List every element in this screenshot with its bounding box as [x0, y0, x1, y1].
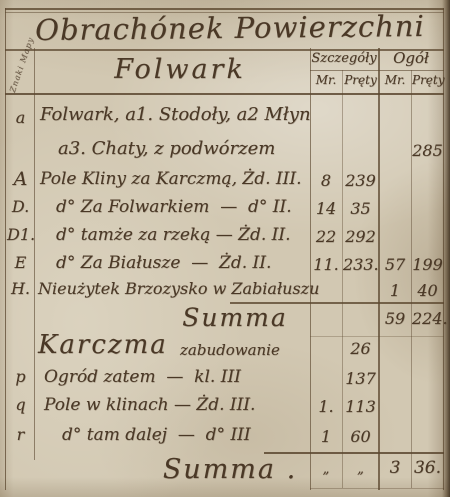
cell-ogol-morgi: 57 [379, 256, 411, 274]
summa-label: Summa . [140, 455, 320, 485]
row-description: d° Za Folwarkiem — d° II. [56, 198, 292, 217]
rule-header-mid [310, 70, 444, 71]
row-letter: r [7, 426, 34, 444]
document-page: Obrachónek Powierzchni Znaki Mapy Folwar… [0, 0, 450, 497]
row-letter: D1. [7, 226, 34, 244]
column-header-ogol: Ogół [379, 50, 443, 67]
cell-szczegoly-prety: 233. [343, 256, 378, 274]
cell-szczegoly-prety: 137 [343, 370, 378, 388]
cell-ogol-morgi: 1 [379, 282, 411, 300]
rule-under-header [5, 93, 444, 95]
summa-label: Summa [150, 304, 320, 332]
cell-szczegoly-morgi-ditto: „ [310, 463, 342, 477]
row-description: Pole w klinach — Żd. III. [44, 396, 255, 415]
cell-szczegoly-prety: 26 [343, 340, 378, 358]
cell-ogol-prety: 36. [412, 459, 443, 478]
subcolumn-header-mr-ogol: Mr. [379, 74, 411, 87]
rule-under-summa1 [310, 336, 444, 337]
cell-szczegoly-morgi: 1. [310, 398, 342, 416]
row-letter: q [7, 396, 34, 414]
cell-szczegoly-morgi: 14 [310, 200, 342, 218]
table-header-folwark: Folwark [70, 55, 290, 85]
rule-bottom [310, 488, 444, 489]
row-description: d° Za Białusze — Żd. II. [56, 254, 271, 273]
subcolumn-header-prety-szczegoly: Pręty [343, 74, 378, 87]
page-edge-shadow [442, 0, 450, 497]
row-description: Ogród zatem — kl. III [44, 368, 241, 387]
cell-ogol-prety: 285 [412, 142, 443, 160]
cell-szczegoly-prety: 35 [343, 200, 378, 218]
cell-ogol-prety: 224. [412, 310, 443, 328]
cell-szczegoly-morgi: 22 [310, 228, 342, 246]
row-description-cont: a3. Chaty, z podwórzem [58, 139, 275, 159]
cell-szczegoly-prety: 292 [343, 228, 378, 246]
cell-ogol-morgi: 3 [379, 459, 411, 478]
section-title-karczma: Karczma [38, 331, 168, 360]
row-letter: D. [7, 198, 34, 216]
section-subtitle: zabudowanie [180, 342, 280, 359]
subcolumn-header-mr-szczegoly: Mr. [310, 74, 342, 87]
rule-szczegoly-sub [342, 70, 343, 488]
margin-column-header: Znaki Mapy [9, 36, 36, 94]
cell-ogol-morgi: 59 [379, 310, 411, 328]
row-letter: a [7, 109, 34, 127]
row-description: Nieużytek Brzozysko w Zabiałuszu [38, 280, 319, 298]
page-title: Obrachónek Powierzchni [25, 11, 435, 47]
rule-letter-column [34, 48, 35, 460]
rule-ogol-sub [411, 70, 412, 488]
row-letter: A [7, 169, 34, 190]
cell-szczegoly-morgi: 1 [310, 428, 342, 446]
cell-szczegoly-prety: 239 [343, 172, 378, 190]
cell-szczegoly-prety: 113 [343, 398, 378, 416]
cell-szczegoly-morgi: 8 [310, 172, 342, 190]
row-description: Pole Kliny za Karczmą, Żd. III. [40, 170, 301, 189]
row-description: d° tam dalej — d° III [62, 426, 251, 445]
row-description: d° tamże za rzeką — Żd. II. [56, 226, 291, 245]
row-letter: H. [7, 280, 34, 298]
subcolumn-header-prety-ogol: Pręty [412, 74, 443, 87]
cell-ogol-prety: 199 [412, 256, 443, 274]
row-letter: p [7, 368, 34, 386]
cell-szczegoly-morgi: 11. [310, 256, 342, 274]
row-description: Folwark, a1. Stodoły, a2 Młyn [40, 105, 311, 125]
rule-left-edge [5, 8, 6, 490]
cell-szczegoly-prety-ditto: „ [343, 463, 378, 477]
cell-szczegoly-prety: 60 [343, 428, 378, 446]
row-letter: E [7, 254, 34, 272]
cell-ogol-prety: 40 [412, 282, 443, 300]
column-header-szczegoly: Szczegóły [310, 52, 378, 66]
